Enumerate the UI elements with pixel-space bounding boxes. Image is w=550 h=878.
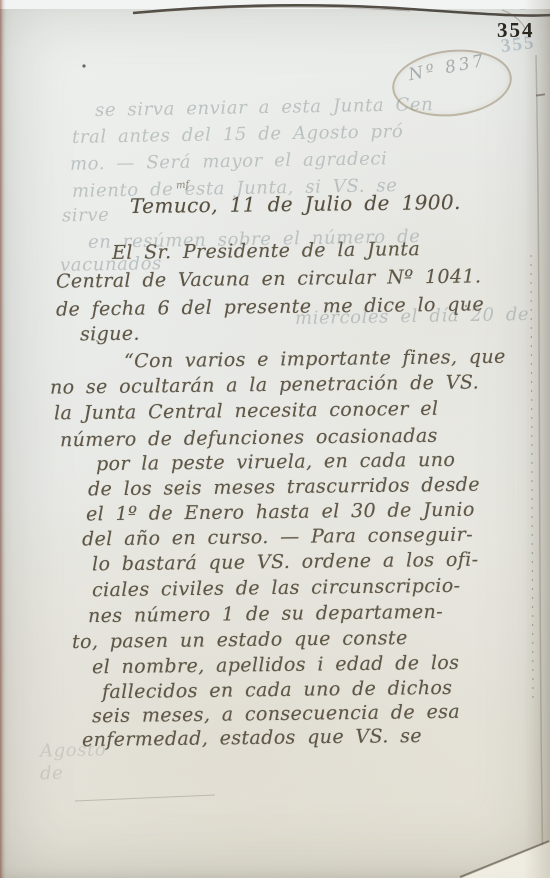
manuscript-line: Central de Vacuna en circular Nº 1041. <box>56 265 482 292</box>
manuscript-line: número de defunciones ocasionadas <box>60 425 438 452</box>
page-edge-line <box>536 55 543 878</box>
scanned-manuscript-page: 354 355 863 Nº 837 se sirva enviar a est… <box>0 0 550 878</box>
ink-dash <box>536 93 545 96</box>
manuscript-line: to, pasen un estado que conste <box>72 627 408 653</box>
manuscript-line: ciales civiles de las circunscripcio- <box>92 575 461 601</box>
manuscript-line: El Sr. Presidente de la Junta <box>112 238 420 264</box>
manuscript-line: sigue. <box>80 323 140 346</box>
ink-speck <box>82 64 85 67</box>
scratch-mark <box>75 795 215 801</box>
corner-fold-crease <box>460 841 549 877</box>
manuscript-line: de los seis meses trascurridos desde <box>88 474 480 501</box>
manuscript-line: fallecidos en cada uno de dichos <box>102 677 453 703</box>
page-number: 354 <box>497 18 535 43</box>
page-fold-dotted-line <box>531 255 533 705</box>
manuscript-line: seis meses, a consecuencia de esa <box>92 701 460 727</box>
manuscript-line: el 1º de Enero hasta el 30 de Junio <box>86 499 475 526</box>
ghost-line: se sirva enviar a esta Junta Cen <box>95 94 434 121</box>
dateline: Temuco, 11 de Julio de 1900. <box>130 190 461 218</box>
manuscript-line: del año en curso. — Para conseguir- <box>82 524 473 551</box>
ghost-line: tral antes del 15 de Agosto pró <box>72 121 404 148</box>
manuscript-line: por la peste viruela, en cada uno <box>96 449 455 475</box>
manuscript-line: “Con varios e importante fines, que <box>124 346 506 373</box>
dateline-flourish: mf <box>176 180 190 192</box>
manuscript-line: nes número 1 de su departamen- <box>88 601 443 627</box>
manuscript-line: el nombre, apellidos i edad de los <box>92 652 460 678</box>
corner-fold-face <box>462 842 550 878</box>
photo-top-margin <box>0 0 550 9</box>
ghost-line: mo. — Será mayor el agradeci <box>70 148 388 175</box>
manuscript-line: la Junta Central necesita conocer el <box>54 398 439 425</box>
ghost-line: sirve <box>62 205 110 227</box>
manuscript-line: no se ocultarán a la penetración de VS. <box>50 371 479 398</box>
ghost-line: de <box>40 763 64 784</box>
manuscript-line: lo bastará que VS. ordene a los ofi- <box>92 549 479 576</box>
manuscript-line: enfermedad, estados que VS. se <box>82 725 422 751</box>
